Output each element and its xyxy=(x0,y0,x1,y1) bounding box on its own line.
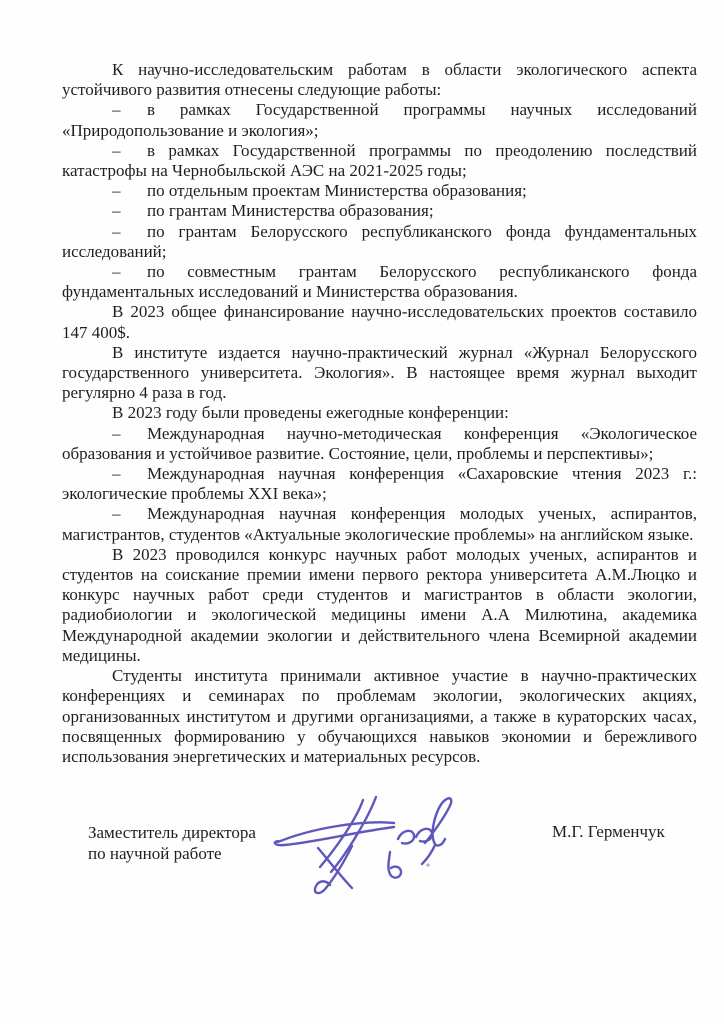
list-item-text: Международная научно-методическая конфер… xyxy=(62,424,697,463)
signature-ink-strokes xyxy=(275,797,451,893)
list-item: –по отдельным проектам Министерства обра… xyxy=(62,181,697,201)
list-dash: – xyxy=(112,181,147,201)
list-item-text: по грантам Министерства образования; xyxy=(147,201,434,220)
paragraph-text: В 2023 году были проведены ежегодные кон… xyxy=(112,403,509,422)
document-body: К научно-исследовательским работам в обл… xyxy=(62,60,697,767)
list-dash: – xyxy=(112,222,147,242)
paragraph-text: В 2023 общее финансирование научно-иссле… xyxy=(62,302,697,341)
paragraph: К научно-исследовательским работам в обл… xyxy=(62,60,697,100)
signoff-role: Заместитель директора по научной работе xyxy=(88,822,256,864)
paragraph-text: К научно-исследовательским работам в обл… xyxy=(62,60,697,99)
paragraph: В 2023 общее финансирование научно-иссле… xyxy=(62,302,697,342)
paragraph-text: Студенты института принимали активное уч… xyxy=(62,666,697,766)
list-item: –по совместным грантам Белорусского респ… xyxy=(62,262,697,302)
list-item-text: Международная научная конференция молоды… xyxy=(62,504,697,543)
list-dash: – xyxy=(112,504,147,524)
signoff-role-line2: по научной работе xyxy=(88,843,256,864)
list-dash: – xyxy=(112,100,147,120)
list-item-text: по отдельным проектам Министерства образ… xyxy=(147,181,527,200)
list-item: –Международная научная конференция «Саха… xyxy=(62,464,697,504)
list-dash: – xyxy=(112,424,147,444)
list-item: –в рамках Государственной программы науч… xyxy=(62,100,697,140)
list-item: –в рамках Государственной программы по п… xyxy=(62,141,697,181)
list-item-text: по грантам Белорусского республиканского… xyxy=(62,222,697,261)
paragraph-text: В 2023 проводился конкурс научных работ … xyxy=(62,545,697,665)
list-item-text: в рамках Государственной программы научн… xyxy=(62,100,697,139)
signoff-name: М.Г. Герменчук xyxy=(552,821,665,842)
signoff-role-line1: Заместитель директора xyxy=(88,822,256,843)
handwritten-signature xyxy=(252,782,467,907)
paragraph: В институте издается научно-практический… xyxy=(62,343,697,404)
list-dash: – xyxy=(112,141,147,161)
list-item-text: по совместным грантам Белорусского респу… xyxy=(62,262,697,301)
list-dash: – xyxy=(112,464,147,484)
list-item-text: в рамках Государственной программы по пр… xyxy=(62,141,697,180)
paragraph: В 2023 проводился конкурс научных работ … xyxy=(62,545,697,666)
list-item: –Международная научная конференция молод… xyxy=(62,504,697,544)
list-item: –по грантам Министерства образования; xyxy=(62,201,697,221)
list-item: –по грантам Белорусского республиканског… xyxy=(62,222,697,262)
paragraph: В 2023 году были проведены ежегодные кон… xyxy=(62,403,697,423)
ink-dot xyxy=(426,863,429,866)
list-item: –Международная научно-методическая конфе… xyxy=(62,424,697,464)
paragraph: Студенты института принимали активное уч… xyxy=(62,666,697,767)
document-page: К научно-исследовательским работам в обл… xyxy=(0,0,724,1024)
list-dash: – xyxy=(112,201,147,221)
list-item-text: Международная научная конференция «Сахар… xyxy=(62,464,697,503)
list-dash: – xyxy=(112,262,147,282)
paragraph-text: В институте издается научно-практический… xyxy=(62,343,697,402)
